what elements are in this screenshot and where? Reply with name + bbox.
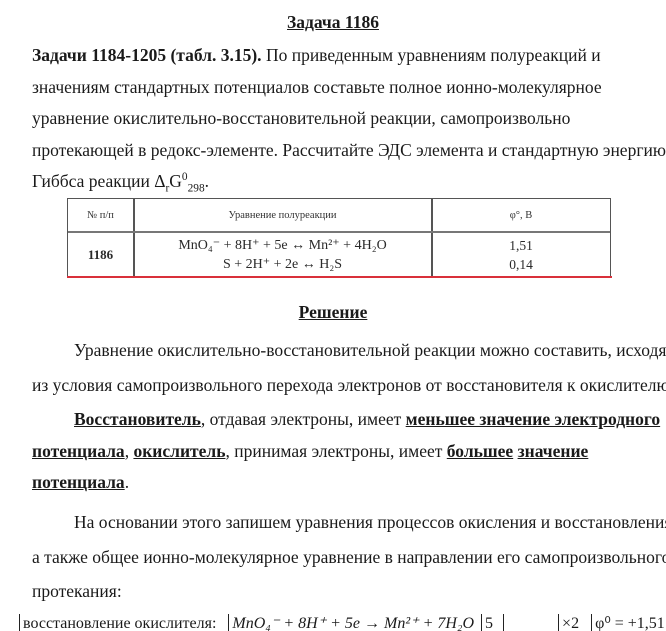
solution-title: Решение [0, 300, 666, 324]
header-number: № п/п [68, 199, 133, 231]
half-reaction-table: № п/п Уравнение полуреакции φ°, В 1186 M… [67, 198, 611, 276]
p2-line-2: потенциала, окислитель, принимая электро… [32, 436, 644, 468]
statement-line-4: протекающей в редокс-элементе. Рассчитай… [32, 135, 644, 167]
electron-count: 5 [485, 615, 493, 631]
header-potential: φ°, В [433, 199, 609, 231]
solution-paragraph-3: На основании этого запишем уравнения про… [32, 507, 644, 608]
row-potentials: 1,51 0,14 [433, 233, 609, 277]
reduction-potential: φ⁰ = +1,51 В [595, 615, 666, 631]
statement-line-3: уравнение окислительно-восстановительной… [32, 103, 644, 135]
table-accent-line [67, 276, 612, 279]
document-page: Задача 1186 Задачи 1184-1205 (табл. 3.15… [0, 0, 666, 631]
task-title: Задача 1186 [0, 10, 666, 34]
reduction-equation: MnO₄⁻ + 8H⁺ + 5e → Mn²⁺ + 7H₂O [232, 615, 474, 631]
reduction-half-equation-row: восстановление окислителя: MnO₄⁻ + 8H⁺ +… [16, 614, 656, 631]
p2-line-1: Восстановитель, отдавая электроны, имеет… [32, 404, 644, 436]
potential-1: 1,51 [509, 236, 533, 255]
half-reaction-1: MnO₄⁻ + 8H⁺ + 5e ↔ Mn²⁺ + 4H₂O [178, 236, 386, 255]
header-equation: Уравнение полуреакции [134, 199, 431, 231]
statement-line-2: значениям стандартных потенциалов состав… [32, 72, 644, 104]
row-number: 1186 [68, 233, 133, 277]
task-range-reference: Задачи 1184-1205 (табл. 3.15). [32, 45, 262, 65]
multiplier: ×2 [562, 615, 579, 631]
task-statement: Задачи 1184-1205 (табл. 3.15). По привед… [32, 40, 644, 198]
row-equations: MnO₄⁻ + 8H⁺ + 5e ↔ Mn²⁺ + 4H₂O S + 2H⁺ +… [134, 233, 431, 277]
potential-2: 0,14 [509, 255, 533, 274]
solution-paragraph-1: Уравнение окислительно-восстановительной… [32, 335, 644, 401]
solution-paragraph-2: Восстановитель, отдавая электроны, имеет… [32, 404, 644, 499]
statement-line-5: Гиббса реакции ΔrG0298. [32, 166, 644, 198]
half-reaction-2: S + 2H⁺ + 2e ↔ H₂S [223, 255, 342, 274]
p2-line-3: потенциала. [32, 467, 644, 499]
process-label: восстановление окислителя: [23, 615, 216, 631]
statement-line-1: Задачи 1184-1205 (табл. 3.15). По привед… [32, 40, 644, 72]
